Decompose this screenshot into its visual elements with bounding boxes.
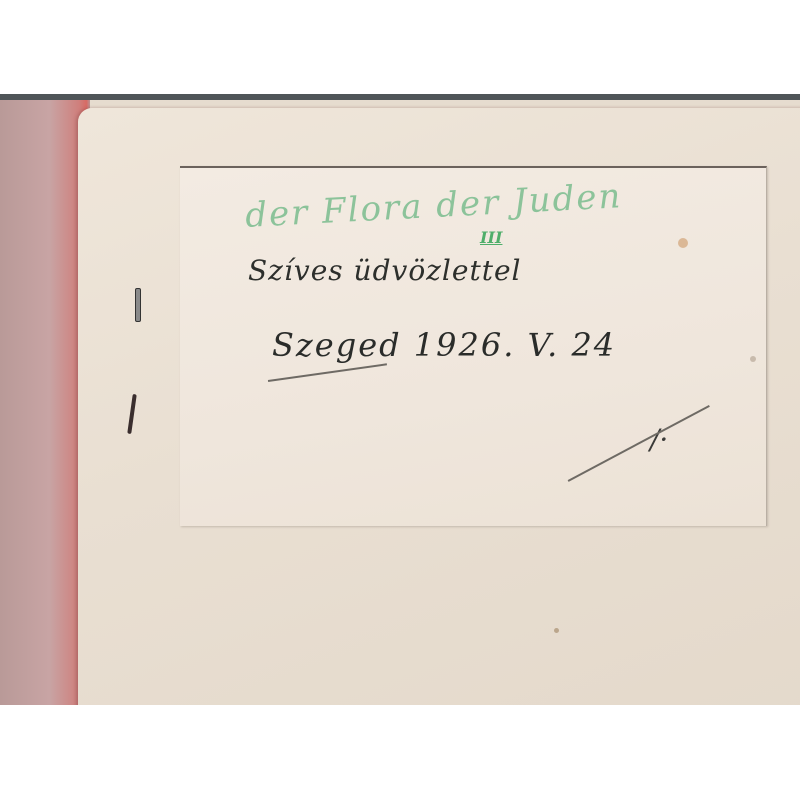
endpaper-page: der Flora der Juden III Szíves üdvözlett… [78,108,800,705]
green-title-inscription: der Flora der Juden [244,176,623,236]
foxing-spot [750,356,756,362]
greeting-inscription: Szíves üdvözlettel [248,254,522,287]
place-date-inscription: Szeged 1926. V. 24 [272,326,616,364]
foxing-spot [554,628,559,633]
dark-top-edge [0,94,800,100]
inscription-card: der Flora der Juden III Szíves üdvözlett… [180,166,767,526]
underline-stroke-date [268,363,387,381]
photo: der Flora der Juden III Szíves üdvözlett… [0,94,800,705]
volume-mark: III [480,228,502,247]
staple-bottom [127,394,137,434]
foxing-spot [678,238,688,248]
staple-top [135,288,141,322]
red-book-cover [0,94,90,705]
underline-stroke-signature [568,405,710,481]
